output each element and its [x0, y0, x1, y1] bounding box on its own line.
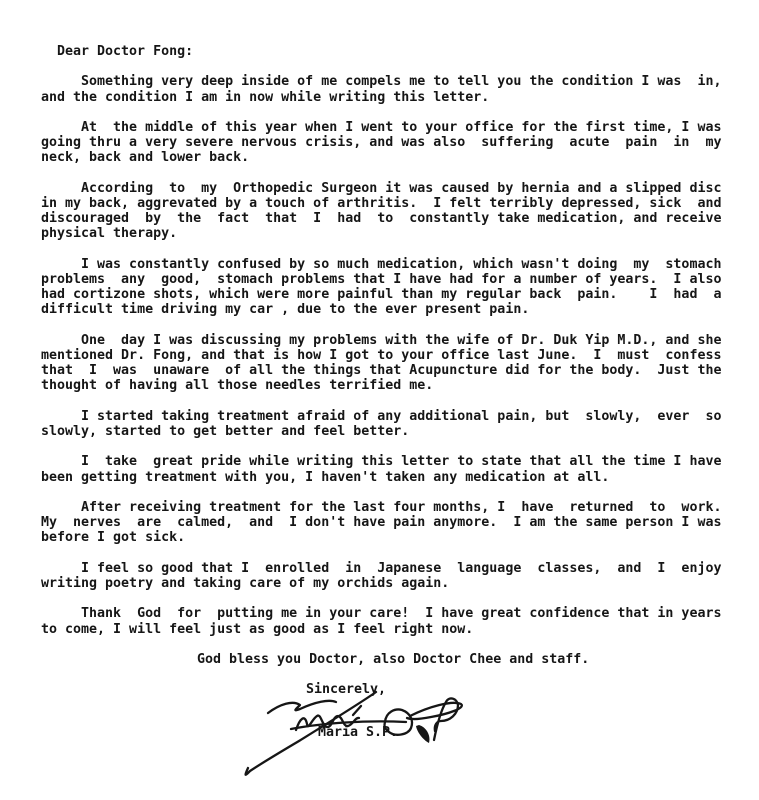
paragraph-6: I started taking treatment afraid of any… [41, 409, 759, 439]
paragraph-5: One day I was discussing my problems wit… [41, 333, 759, 394]
paragraph-7: I take great pride while writing this le… [41, 454, 759, 484]
typed-signature-name: Maria S.P. [318, 725, 398, 740]
paragraph-8: After receiving treatment for the last f… [41, 500, 759, 546]
salutation: Dear Doctor Fong: [57, 44, 759, 59]
letter-page: Dear Doctor Fong: Something very deep in… [0, 0, 759, 800]
blessing-line: God bless you Doctor, also Doctor Chee a… [197, 652, 759, 667]
paragraph-10: Thank God for putting me in your care! I… [41, 606, 759, 636]
paragraph-4: I was constantly confused by so much med… [41, 257, 759, 318]
signature-block: Maria S.P. [41, 698, 759, 800]
paragraph-1: Something very deep inside of me compels… [41, 74, 759, 104]
paragraph-9: I feel so good that I enrolled in Japane… [41, 561, 759, 591]
paragraph-2: At the middle of this year when I went t… [41, 120, 759, 166]
closing-salutation: Sincerely, [306, 682, 759, 697]
paragraph-3: According to my Orthopedic Surgeon it wa… [41, 181, 759, 242]
